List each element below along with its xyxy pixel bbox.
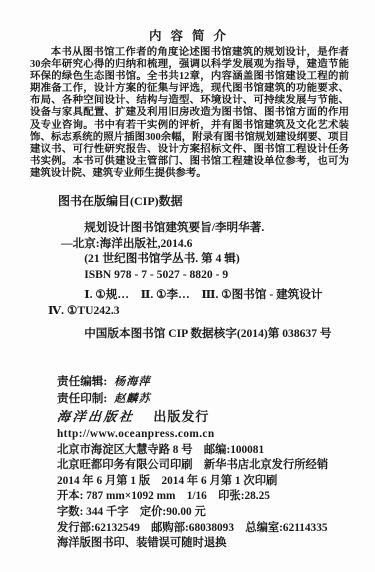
intro-paragraph: 本书从图书馆工作者的角度论述图书馆建筑的规划设计，是作者30余年研究心得的归纳和… [30, 47, 349, 180]
publisher-logo: 海洋出版社 [56, 408, 135, 426]
printing-distribution-line: 北京旺都印务有限公司印刷 新华书店北京发行所经销 [57, 458, 361, 474]
cip-isbn-line: ISBN 978 - 7 - 5027 - 8820 - 9 [61, 267, 355, 283]
publish-distribute-label: 出版发行 [153, 409, 209, 424]
responsible-printer-line: 责任印制: 赵麟苏 [57, 391, 361, 408]
editor-label: 责任编辑: [57, 375, 107, 388]
spacer [61, 319, 355, 326]
publisher-website: http://www.oceanpress.com.cn [57, 427, 361, 443]
cip-record-number-line: 中国版本图书馆 CIP 数据核字(2014)第 038637 号 [61, 326, 355, 342]
editor-name: 杨海萍 [114, 376, 151, 388]
publisher-line: 海洋出版社 出版发行 [57, 408, 361, 427]
intro-title: 内容简介 [0, 0, 375, 44]
edition-line: 2014 年 6 月第 1 版 2014 年 6 月第 1 次印刷 [57, 474, 361, 490]
wordcount-price-line: 字数: 344 千字 定价:90.00 元 [57, 505, 361, 521]
cip-publisher-line: —北京:海洋出版社,2014.6 [61, 236, 355, 252]
copyright-page: 内容简介 本书从图书馆工作者的角度论述图书馆建筑的规划设计，是作者30余年研究心… [0, 0, 375, 572]
colophon-block: 责任编辑: 杨海萍 责任印制: 赵麟苏 海洋出版社 出版发行 http://ww… [57, 374, 361, 552]
print-name: 赵麟苏 [114, 393, 151, 405]
cip-block: 规划设计图书馆建筑要旨/李明华著. —北京:海洋出版社,2014.6 (21 世… [61, 220, 355, 341]
responsible-editor-line: 责任编辑: 杨海萍 [57, 374, 361, 391]
cip-series-line: (21 世纪图书馆学丛书. 第 4 辑) [61, 251, 355, 267]
cip-classification-line-1: Ⅰ. ①规… Ⅱ. ①李… Ⅲ. ①图书馆 - 建筑设计 [61, 287, 355, 303]
publisher-address-line: 北京市海淀区大慧寺路 8 号 邮编:100081 [57, 443, 361, 459]
phone-numbers-line: 发行部:62132549 邮购部:68038093 总编室:62114335 [57, 521, 361, 537]
return-notice-line: 海洋版图书印、装错误可随时退换 [57, 536, 361, 552]
print-label: 责任印制: [57, 392, 107, 405]
format-line: 开本: 787 mm×1092 mm 1/16 印张:28.25 [57, 489, 361, 505]
cip-classification-line-2: Ⅳ. ①TU242.3 [48, 303, 355, 319]
cip-heading: 图书在版编目(CIP)数据 [58, 192, 375, 209]
cip-title-line: 规划设计图书馆建筑要旨/李明华著. [61, 220, 355, 236]
